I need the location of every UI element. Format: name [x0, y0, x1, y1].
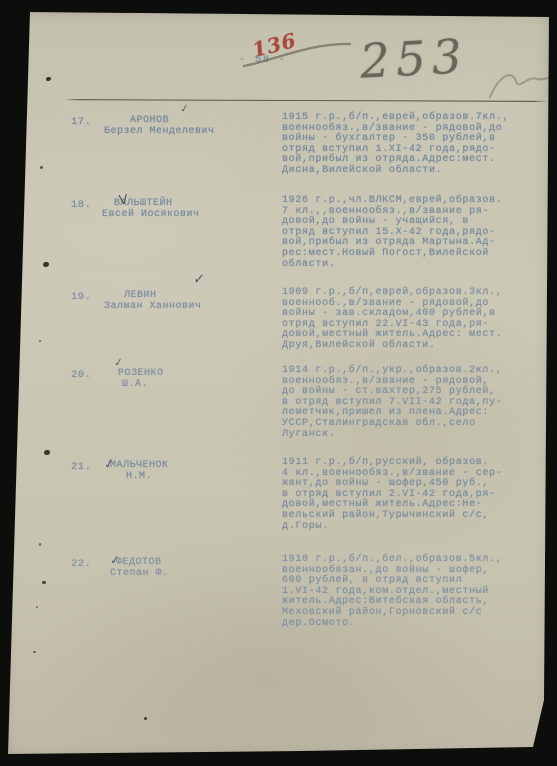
paper-speck — [33, 651, 36, 653]
paper-speck — [144, 717, 147, 720]
document-page: 136 - 58 - 253 17. АРОНОВ Берзел Менделе… — [0, 0, 557, 766]
pencil-handwritten-number: 253 — [359, 29, 469, 90]
entry-name: РОЗЕНКО Ш.А. — [102, 368, 280, 390]
entry-description: 1915 г.р.,б/п.,еврей,образов.7кл., военн… — [282, 113, 532, 177]
entry-surname: ФЕДОТОВ — [116, 557, 280, 568]
horizontal-rule — [64, 99, 548, 102]
paper-speck — [36, 606, 38, 608]
checkmark-icon: ✓ — [179, 101, 190, 115]
entry-name: АРОНОВ Берзел Менделевич — [102, 115, 280, 137]
entry-surname: АРОНОВ — [130, 115, 280, 126]
paper-speck — [39, 340, 41, 342]
paper-speck — [46, 77, 51, 81]
paper-speck — [42, 581, 46, 584]
checkmark-icon: ✓ — [192, 269, 205, 289]
entry-name: ФЕДОТОВ Степан Ф. — [102, 557, 280, 579]
scanned-archival-page: { "colors":{ "paper":"#c9c5b3", "ink":"#… — [0, 0, 557, 766]
checkmark-icon: ✓ — [113, 355, 124, 369]
entry-given-name: Залман Ханнович — [104, 301, 280, 312]
entry-number: 20. — [71, 369, 91, 381]
entry-given-name: Степан Ф. — [110, 568, 280, 579]
entry-given-name: Евсей Иосякович — [102, 209, 280, 220]
checkmark-icon: ✓ — [109, 552, 121, 567]
paper-speck — [44, 450, 50, 455]
entry-description: 1910 г.р.,б/п.,бел.,образов.5кл., военно… — [282, 555, 532, 629]
paper-speck — [40, 166, 43, 169]
entry-surname: ВАЛЬШТЕЙН — [114, 198, 280, 209]
entry-name: МАЛЬЧЕНОК Н.М. — [102, 460, 280, 482]
entry-description: 1914 г.р.,б/п.,укр.,образов.2кл., военно… — [282, 366, 532, 440]
entry-number: 22. — [71, 558, 91, 570]
entry-given-name: Берзел Менделевич — [104, 126, 280, 137]
typed-page-number: - 58 - — [239, 55, 287, 66]
paper-speck — [39, 543, 41, 546]
entry-number: 21. — [71, 461, 91, 473]
paper-speck — [43, 262, 49, 267]
entry-number: 17. — [71, 116, 91, 128]
entry-description: 1926 г.р.,чл.ВЛКСМ,еврей,образов. 7 кл.,… — [282, 196, 532, 270]
entry-description: 1909 г.р.,б/п,еврей,образов.3кл., военно… — [282, 288, 532, 352]
entry-surname: ЛЕВИН — [124, 290, 280, 301]
entry-number: 18. — [71, 199, 91, 211]
entry-surname: РОЗЕНКО — [118, 368, 280, 379]
checkmark-icon: ✓ — [102, 456, 116, 473]
entry-initials: Ш.А. — [122, 379, 280, 390]
entry-number: 19. — [71, 291, 91, 303]
entry-name: ЛЕВИН Залман Ханнович — [102, 290, 280, 312]
entry-surname: МАЛЬЧЕНОК — [110, 460, 280, 471]
entry-initials: Н.М. — [126, 471, 280, 482]
entry-name: ВАЛЬШТЕЙН Евсей Иосякович — [102, 198, 280, 220]
entry-description: 1911 г.р.,б/п,русский, образов. 4 кл.,во… — [282, 458, 532, 532]
checkmark-icon: V — [118, 192, 129, 208]
